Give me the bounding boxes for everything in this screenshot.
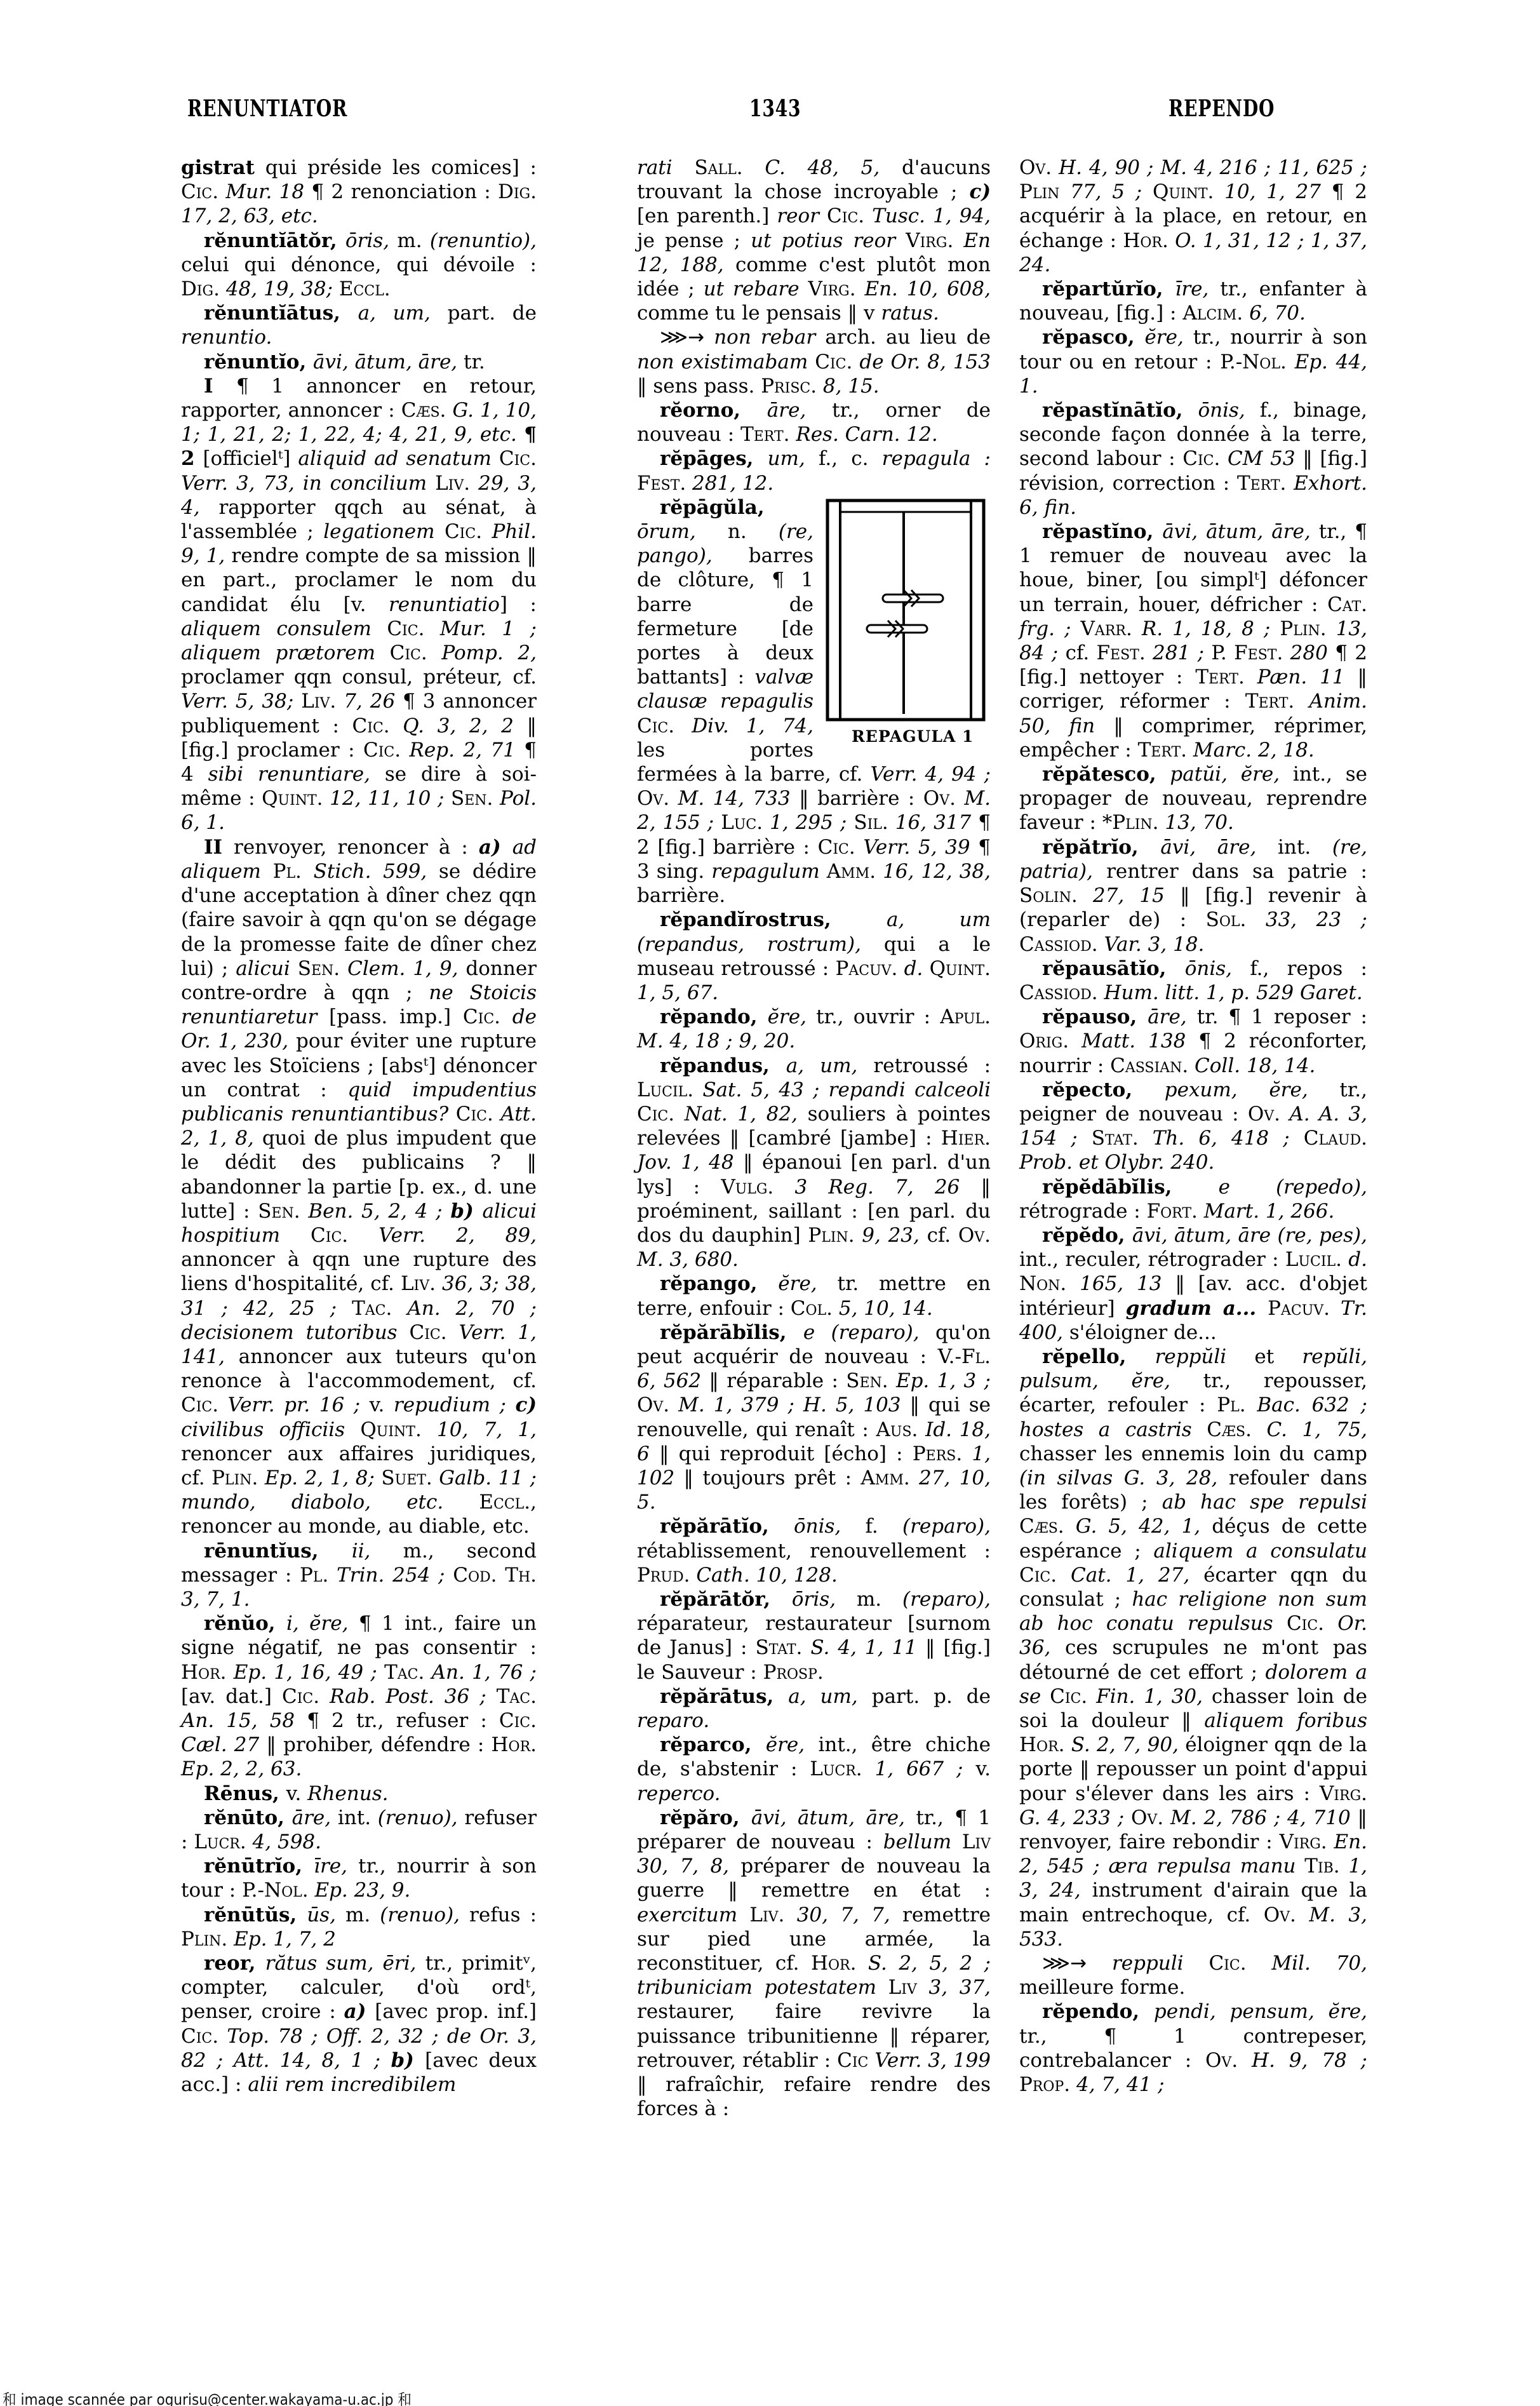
- entry-text: Cic.: [815, 351, 852, 373]
- entry-text: a): [479, 836, 512, 859]
- entry-text: 6, 70.: [1243, 302, 1306, 325]
- headword: rĕpecto,: [1042, 1079, 1165, 1101]
- entry-text: Hier.: [941, 1127, 991, 1150]
- headword: rĕpango,: [660, 1272, 778, 1295]
- entry-text: non rebar: [714, 326, 825, 349]
- entry-text: d.: [1342, 1248, 1367, 1271]
- entry-text: Sall.: [694, 156, 742, 179]
- entry-text: Cic.: [1050, 1685, 1087, 1708]
- entry-text: 33, 23 ;: [1246, 908, 1367, 931]
- entry-text: Cassian.: [1110, 1054, 1188, 1077]
- headword: rĕpĕdābĭlis,: [1042, 1176, 1219, 1199]
- entry-text: ōris,: [345, 229, 397, 252]
- entry-text: 5, 10, 14.: [833, 1297, 933, 1320]
- entry-text: Pl.: [1217, 1394, 1245, 1416]
- entry-text: 48, 19, 38;: [220, 278, 339, 300]
- entry-text: 77, 5 ;: [1059, 180, 1153, 203]
- entry-text: Virg.: [1280, 1831, 1327, 1853]
- entry-text: ‖ sens pass.: [637, 375, 761, 398]
- entry-text: 4, 7, 41 ;: [1070, 2073, 1164, 2096]
- entry-text: 6, 562: [637, 1369, 709, 1392]
- headword: rĕpastĭno,: [1042, 520, 1162, 543]
- dictionary-entry: rēnuntĭus, ii, m., second messager : Pl.…: [181, 1539, 537, 1612]
- dictionary-entry: REPAGULA 1 rĕpāgŭla, ōrum, n. (re, pango…: [637, 495, 991, 908]
- entry-text: b): [450, 1200, 482, 1223]
- entry-text: āvi, ātum, āre,: [313, 351, 464, 373]
- entry-text: Tib.: [1304, 1855, 1339, 1878]
- entry-text: Cic: [837, 2049, 868, 2072]
- entry-text: Ov.: [1131, 1806, 1163, 1829]
- entry-text: ‖ prohiber, défendre :: [266, 1733, 491, 1756]
- entry-text: Tac.: [352, 1297, 392, 1320]
- entry-text: (renuo),: [380, 1904, 469, 1926]
- entry-text: (renuntio),: [430, 229, 537, 252]
- entry-text: āre,: [767, 399, 832, 422]
- dictionary-entry: rĕpătrĭo, āvi, āre, int. (re, patria), r…: [1019, 835, 1367, 957]
- entry-text: Cic.: [827, 205, 864, 227]
- dictionary-entry: rati Sall. C. 48, 5, d'aucuns trouvant l…: [637, 156, 991, 325]
- entry-text: Plin.: [211, 1467, 258, 1489]
- entry-text: tr.: [464, 351, 485, 373]
- entry-text: H. 4, 90 ; M. 4, 216 ; 11, 625 ;: [1052, 156, 1367, 179]
- entry-text: Sil.: [854, 811, 888, 834]
- entry-text: 3 Reg. 7, 26: [773, 1176, 981, 1199]
- entry-text: Cæl. 27: [181, 1733, 266, 1756]
- entry-text: Matt. 138: [1069, 1030, 1198, 1052]
- entry-text: ] :: [500, 593, 537, 616]
- dictionary-entry: rĕnūtŭs, ūs, m. (renuo), refus : Plin. E…: [181, 1903, 537, 1951]
- headword: rĕnuntĭo,: [204, 351, 313, 373]
- entry-text: Virg.: [808, 278, 856, 300]
- entry-text: Mart. 1, 266.: [1198, 1200, 1335, 1223]
- headword: rĕpando,: [660, 1005, 768, 1028]
- entry-text: CM 53: [1220, 447, 1302, 470]
- entry-text: Virg.: [906, 229, 953, 252]
- entry-text: tr., ouvrir :: [816, 1005, 940, 1028]
- entry-text: Cic.: [311, 1224, 348, 1247]
- entry-text: int., reculer, rétrograder :: [1019, 1248, 1285, 1271]
- entry-text: rătus sum, ēri,: [265, 1952, 425, 1975]
- entry-text: 16, 317: [888, 811, 979, 834]
- entry-text: 30, 7, 7,: [784, 1904, 902, 1926]
- dictionary-entry: ⋙→ non rebar arch. au lieu de non existi…: [637, 325, 991, 398]
- entry-text: ii,: [352, 1540, 403, 1563]
- dictionary-entry: rĕnuntĭātus, a, um, part. de renuntio.: [181, 301, 537, 349]
- entry-text: Amm.: [860, 1467, 909, 1489]
- entry-text: Lucr.: [810, 1757, 862, 1780]
- entry-text: Dig.: [181, 278, 220, 300]
- entry-text: Liv: [888, 1976, 917, 1999]
- entry-text: P.-Nol.: [242, 1879, 309, 1902]
- entry-text: ōnis,: [1185, 957, 1250, 980]
- entry-text: H. 9, 78 ;: [1238, 2049, 1367, 2072]
- entry-text: Liv.: [435, 472, 470, 495]
- entry-text: a, um,: [786, 1054, 874, 1077]
- entry-text: Tert.: [740, 423, 789, 446]
- entry-text: Lucil.: [1285, 1248, 1342, 1271]
- entry-text: Prosp.: [763, 1661, 824, 1684]
- entry-text: 9, 23,: [855, 1224, 927, 1247]
- headword: rĕparco,: [660, 1733, 766, 1756]
- entry-text: Mur. 18: [218, 180, 311, 203]
- entry-text: Ep. 2, 1, 8;: [258, 1467, 381, 1489]
- entry-text: frg. ;: [1019, 617, 1081, 640]
- headword: rĕnŭo,: [204, 1612, 286, 1635]
- entry-text: Mil. 70,: [1247, 1952, 1367, 1975]
- entry-text: Prop.: [1019, 2073, 1070, 2096]
- entry-text: S. 2, 7, 90,: [1065, 1733, 1186, 1756]
- entry-text: ĕre,: [766, 1733, 819, 1756]
- entry-text: Hor.: [1019, 1733, 1065, 1756]
- entry-text: En. 10, 608,: [856, 278, 991, 300]
- entry-text: f., c.: [819, 447, 882, 470]
- entry-text: Verr. 5, 38;: [181, 690, 301, 713]
- entry-text: Clem. 1, 9,: [340, 957, 465, 980]
- entry-text: āvi, ātum, āre,: [751, 1806, 916, 1829]
- entry-text: aliquem a consulatu: [1153, 1540, 1367, 1563]
- entry-text: P.-Nol.: [1220, 351, 1287, 373]
- entry-text: Sen.: [258, 1200, 300, 1223]
- entry-text: tr. ¶ 1 reposer :: [1197, 1005, 1367, 1028]
- dictionary-entry: rĕpando, ĕre, tr., ouvrir : Apul. M. 4, …: [637, 1005, 991, 1053]
- entry-text: 30, 7, 8,: [637, 1855, 740, 1878]
- headword: Rēnus,: [204, 1782, 286, 1805]
- headword: rĕpătrĭo,: [1042, 836, 1160, 859]
- entry-text: v.: [286, 1782, 308, 1805]
- entry-text: Cæs.: [1019, 1515, 1064, 1538]
- headword: rĕpărātŏr,: [660, 1588, 792, 1611]
- entry-text: renuntiatio: [389, 593, 500, 616]
- entry-text: ᵗ: [525, 1976, 530, 1999]
- entry-text: a): [344, 2000, 375, 2023]
- dictionary-entry: rĕnūtrĭo, īre, tr., nourrir à son tour :…: [181, 1854, 537, 1902]
- headword: rĕpĕdo,: [1042, 1224, 1132, 1247]
- entry-text: Plin.: [1112, 811, 1158, 834]
- entry-text: Prisc.: [761, 375, 817, 398]
- headword: rēnuntĭus,: [204, 1540, 352, 1563]
- entry-text: Col.: [791, 1297, 833, 1320]
- entry-text: part. p. de: [872, 1685, 991, 1708]
- entry-text: Verr. pr. 16 ;: [218, 1394, 370, 1416]
- entry-text: renuntio.: [181, 326, 272, 349]
- scan-credit: 和 image scannée par ogurisu@center.wakay…: [3, 2387, 412, 2406]
- entry-text: 1, 295 ;: [763, 811, 854, 834]
- entry-text: int.: [1278, 836, 1332, 859]
- entry-text: b): [391, 2049, 425, 2072]
- entry-text: Cic.: [637, 1103, 674, 1126]
- entry-text: Liv: [962, 1831, 991, 1853]
- double-door-bolts-icon: [822, 498, 991, 723]
- headword: rĕnūtrĭo,: [204, 1855, 314, 1878]
- entry-text: Ov.: [923, 787, 956, 810]
- dictionary-entry: rĕpăro, āvi, ātum, āre, tr., ¶ 1 prépare…: [637, 1806, 991, 2121]
- headword: rĕpāges,: [660, 447, 768, 470]
- entry-text: Cic.: [181, 1394, 218, 1416]
- entry-text: [officiel: [203, 447, 278, 470]
- entry-text: Lucr.: [194, 1831, 246, 1853]
- entry-text: 16, 12, 38,: [876, 860, 991, 883]
- entry-text: Tert.: [1237, 472, 1286, 495]
- entry-text: d.: [897, 957, 929, 980]
- dictionary-entry: II renvoyer, renoncer à : a) ad aliquem …: [181, 835, 537, 1539]
- headword: rĕnūto,: [204, 1806, 292, 1829]
- entry-text: Hor.: [811, 1952, 857, 1975]
- entry-text: m.: [857, 1588, 902, 1611]
- entry-text: Cassiod.: [1019, 981, 1098, 1004]
- entry-text: cf.: [1066, 642, 1097, 664]
- entry-text: part. de: [448, 302, 537, 325]
- dictionary-entry: rĕpausātĭo, ōnis, f., repos : Cassiod. H…: [1019, 957, 1367, 1005]
- entry-text: f.: [866, 1515, 902, 1538]
- dictionary-entry: rĕpasco, ĕre, tr., nourrir à son tour ou…: [1019, 325, 1367, 398]
- entry-text: īre,: [314, 1855, 358, 1878]
- entry-text: Cic.: [1182, 447, 1220, 470]
- dictionary-entry: rĕparco, ĕre, int., être chiche de, s'ab…: [637, 1733, 991, 1806]
- entry-text: int.: [338, 1806, 378, 1829]
- entry-text: aliquem consulem: [181, 617, 387, 640]
- entry-text: M. 4, 18 ; 9, 20.: [637, 1030, 795, 1052]
- entry-text: āvi, āre,: [1160, 836, 1278, 859]
- entry-text: Prud.: [637, 1564, 690, 1587]
- entry-text: Sen.: [298, 957, 340, 980]
- entry-text: cf.: [927, 1224, 958, 1247]
- entry-text: 27, 15: [1078, 884, 1180, 907]
- entry-text: Rhenus.: [307, 1782, 388, 1805]
- entry-text: Ep. 1, 7, 2: [227, 1928, 336, 1951]
- entry-text: ‖ toujours prêt :: [684, 1467, 861, 1489]
- entry-text: Dig.: [498, 180, 537, 203]
- entry-text: Ov.: [1019, 156, 1052, 179]
- headword: rĕpăro,: [660, 1806, 751, 1829]
- entry-text: (in silvas G. 3, 28,: [1019, 1467, 1229, 1489]
- headword: rĕpătesco,: [1042, 763, 1170, 786]
- entry-text: legationem: [323, 520, 445, 543]
- entry-text: Quint.: [360, 1418, 421, 1441]
- entry-text: ut potius reor: [751, 229, 906, 252]
- dictionary-entry: rĕpĕdābĭlis, e (repedo), rétrograde : Fo…: [1019, 1175, 1367, 1223]
- entry-text: Var. 3, 18.: [1098, 933, 1205, 956]
- entry-text: reppuli: [1112, 1952, 1209, 1975]
- entry-text: Non.: [1019, 1272, 1066, 1295]
- entry-text: ut rebare: [704, 278, 808, 300]
- entry-text: Hor.: [492, 1733, 537, 1756]
- entry-text: Rep. 2, 71: [401, 739, 524, 762]
- entry-text: Stat.: [1092, 1127, 1139, 1150]
- entry-text: rétrograde :: [1019, 1200, 1147, 1223]
- headword: rĕnuntĭātus,: [204, 302, 358, 325]
- entry-text: pexum, ĕre,: [1165, 1079, 1340, 1101]
- entry-text: rentrer dans sa patrie :: [1106, 860, 1367, 883]
- entry-text: Tert.: [1138, 739, 1187, 762]
- entry-text: Claud.: [1304, 1127, 1367, 1150]
- entry-text: et: [1254, 1345, 1302, 1368]
- dictionary-entry: rĕpartŭrĭo, īre, tr., enfanter à nouveau…: [1019, 277, 1367, 325]
- headword: rĕpausātĭo,: [1042, 957, 1185, 980]
- dictionary-entry: rĕpango, ĕre, tr. mettre en terre, enfou…: [637, 1272, 991, 1320]
- entry-text: Cic.: [818, 836, 855, 859]
- entry-text: meilleure forme.: [1019, 1976, 1185, 1999]
- entry-text: Prob. et Olybr. 240.: [1019, 1151, 1214, 1174]
- dictionary-entry: rĕpecto, pexum, ĕre, tr., peigner de nou…: [1019, 1078, 1367, 1175]
- entry-text: Quint.: [930, 957, 991, 980]
- entry-text: Vulg.: [721, 1176, 773, 1199]
- entry-text: Nat. 1, 82,: [674, 1103, 808, 1126]
- entry-text: Eccl.: [339, 278, 391, 300]
- entry-text: ‖ barrière :: [799, 787, 923, 810]
- entry-text: Cic.: [1209, 1952, 1246, 1975]
- entry-text: R. 1, 18, 8 ;: [1132, 617, 1280, 640]
- entry-text: ᵛ: [523, 1952, 531, 1975]
- entry-text: reppŭli: [1155, 1345, 1255, 1368]
- entry-text: Cic.: [456, 1103, 493, 1126]
- entry-text: Tusc. 1, 94,: [864, 205, 991, 227]
- headword: rĕpandĭrostrus,: [660, 908, 887, 931]
- column-right: Ov. H. 4, 90 ; M. 4, 216 ; 11, 625 ; Pli…: [1019, 156, 1367, 2097]
- headword: rĕpasco,: [1042, 326, 1144, 349]
- entry-text: Quint.: [1153, 180, 1214, 203]
- headword: reor,: [204, 1952, 265, 1975]
- entry-text: Jov. 1, 48: [637, 1151, 743, 1174]
- entry-text: alicui: [236, 957, 298, 980]
- entry-text: Fin. 1, 30,: [1087, 1685, 1212, 1708]
- entry-text: rati: [637, 156, 694, 179]
- entry-text: n.: [728, 520, 779, 543]
- dictionary-entry: rĕnūto, āre, int. (renuo), refuser : Luc…: [181, 1806, 537, 1854]
- entry-text: [pass. imp.]: [329, 1005, 463, 1028]
- dictionary-entry: rĕpărābĭlis, e (reparo), qu'on peut acqu…: [637, 1321, 991, 1515]
- entry-text: Orig.: [1019, 1030, 1069, 1052]
- entry-text: Cæs.: [401, 399, 446, 422]
- entry-text: 8, 15.: [817, 375, 880, 398]
- dictionary-entry: I ¶ 1 annoncer en retour, rapporter, ann…: [181, 374, 537, 835]
- entry-text: Plin.: [808, 1224, 854, 1247]
- headword: rĕpastĭnātĭo,: [1042, 399, 1198, 422]
- entry-text: Pacuv.: [1268, 1297, 1330, 1320]
- dictionary-entry: rĕpastĭno, āvi, ātum, āre, tr., ¶ 1 remu…: [1019, 520, 1367, 762]
- entry-text: Cat.: [1327, 593, 1367, 616]
- entry-text: M. 2, 786 ; 4, 710: [1163, 1806, 1357, 1829]
- entry-text: (reparo),: [902, 1588, 991, 1611]
- entry-text: Marc. 2, 18.: [1187, 739, 1315, 762]
- dictionary-entry: Rēnus, v. Rhenus.: [181, 1782, 537, 1806]
- headword: rĕpāgŭla,: [660, 496, 765, 519]
- entry-text: sibi renuntiare,: [208, 763, 385, 786]
- headword: I: [204, 375, 236, 398]
- entry-text: Stich. 599,: [302, 860, 439, 883]
- entry-text: C. 1, 75,: [1252, 1418, 1367, 1441]
- entry-text: ōnis,: [1198, 399, 1259, 422]
- entry-text: Fest.: [1097, 642, 1146, 664]
- entry-text: 10, 7, 1,: [422, 1418, 537, 1441]
- dictionary-entry: rĕpauso, āre, tr. ¶ 1 reposer : Orig. Ma…: [1019, 1005, 1367, 1078]
- page-number: 1343: [749, 95, 801, 122]
- entry-text: rétablissement, renouvellement :: [637, 1540, 991, 1563]
- dictionary-entry: reor, rătus sum, ēri, tr., primitᵛ, comp…: [181, 1951, 537, 2097]
- entry-text: Tac.: [497, 1685, 537, 1708]
- entry-text: Fort.: [1147, 1200, 1198, 1223]
- entry-text: Sen.: [451, 787, 493, 810]
- entry-text: 17, 2, 63, etc.: [181, 205, 318, 227]
- entry-text: Plin.: [181, 1928, 227, 1951]
- running-head-left: RENUNTIATOR: [187, 95, 347, 122]
- entry-text: (renuo),: [378, 1806, 465, 1829]
- dictionary-entry: gistrat qui préside les comices] : Cic. …: [181, 156, 537, 229]
- headword: rĕorno,: [660, 399, 767, 422]
- entry-text: V.-Fl.: [938, 1345, 991, 1368]
- entry-text: Tert.: [1195, 666, 1244, 689]
- entry-text: Liv.: [749, 1904, 784, 1926]
- entry-text: Cic.: [1019, 1564, 1057, 1587]
- entry-text: Pl.: [273, 860, 302, 883]
- entry-text: Apul.: [940, 1005, 991, 1028]
- entry-text: Q. 3, 2, 2: [390, 715, 527, 737]
- entry-text: P. Fest.: [1211, 642, 1283, 664]
- entry-text: Sol.: [1206, 908, 1247, 931]
- entry-text: Cic.: [387, 617, 424, 640]
- headword: rĕpendo,: [1042, 2000, 1154, 2023]
- entry-text: 12, 11, 10 ;: [323, 787, 451, 810]
- entry-text: [en parenth.]: [637, 205, 777, 227]
- dictionary-entry: rĕpărātus, a, um, part. p. de reparo.: [637, 1684, 991, 1733]
- entry-text: Trin. 254 ;: [328, 1564, 453, 1587]
- entry-text: Ov.: [1264, 1904, 1296, 1926]
- entry-text: Suet.: [381, 1467, 432, 1489]
- entry-text: S. 4, 1, 11: [802, 1636, 925, 1659]
- column-left: gistrat qui préside les comices] : Cic. …: [181, 156, 537, 2097]
- entry-text: reor: [777, 205, 827, 227]
- entry-text: exercitum: [637, 1904, 749, 1926]
- dictionary-entry: rĕorno, āre, tr., orner de nouveau : Ter…: [637, 398, 991, 447]
- entry-text: bellum: [883, 1831, 962, 1853]
- entry-text: repagula :: [882, 447, 991, 470]
- dictionary-entry: rĕpandĭrostrus, a, um (repandus, rostrum…: [637, 908, 991, 1005]
- entry-text: 165, 13: [1066, 1272, 1175, 1295]
- entry-text: 10, 1, 27: [1214, 180, 1331, 203]
- headword: gistrat: [181, 156, 255, 179]
- entry-text: refus :: [469, 1904, 537, 1926]
- entry-text: Cod. Th.: [453, 1564, 537, 1587]
- entry-text: Ep. 1, 16, 49 ;: [227, 1661, 385, 1684]
- entry-text: āre,: [292, 1806, 338, 1829]
- figure-caption: REPAGULA 1: [829, 725, 974, 749]
- entry-text: celui qui dénonce, qui dévoile :: [181, 253, 537, 276]
- column-middle: rati Sall. C. 48, 5, d'aucuns trouvant l…: [637, 156, 991, 2121]
- cross-reference-arrow-icon: ⋙→: [1042, 1952, 1112, 1975]
- headword: rĕpărātĭo,: [660, 1515, 794, 1538]
- entry-text: An. 1, 76 ;: [424, 1661, 537, 1684]
- entry-text: reparo.: [637, 1709, 709, 1732]
- dictionary-entry: rĕpărātŏr, ōris, m. (reparo), réparateur…: [637, 1587, 991, 1684]
- entry-text: i, ĕre,: [286, 1612, 359, 1635]
- entry-text: Cic.: [282, 1685, 319, 1708]
- entry-text: e (reparo),: [803, 1321, 935, 1344]
- entry-text: ‖ qui reproduit [écho] :: [659, 1442, 913, 1465]
- entry-text: Cassiod.: [1019, 933, 1098, 956]
- entry-text: ĕre,: [1144, 326, 1193, 349]
- entry-text: v.: [370, 1394, 394, 1416]
- dictionary-entry: rĕnuntĭo, āvi, ātum, āre, tr.: [181, 350, 537, 374]
- entry-text: āvi, ātum, āre,: [1162, 520, 1318, 543]
- entry-text: e (repedo),: [1219, 1176, 1367, 1199]
- entry-text: Hum. litt. 1, p. 529 Garet.: [1098, 981, 1363, 1004]
- entry-text: Sat. 5, 43 ; repandi calceoli: [693, 1079, 991, 1101]
- repagula-figure: REPAGULA 1: [822, 498, 991, 749]
- entry-text: āvi, ātum, āre (re, pes),: [1132, 1224, 1367, 1247]
- entry-text: Fest.: [637, 472, 686, 495]
- entry-text: comme tu le pensais ‖ v: [637, 302, 881, 325]
- entry-text: Varr.: [1081, 617, 1132, 640]
- entry-text: a, um,: [788, 1685, 871, 1708]
